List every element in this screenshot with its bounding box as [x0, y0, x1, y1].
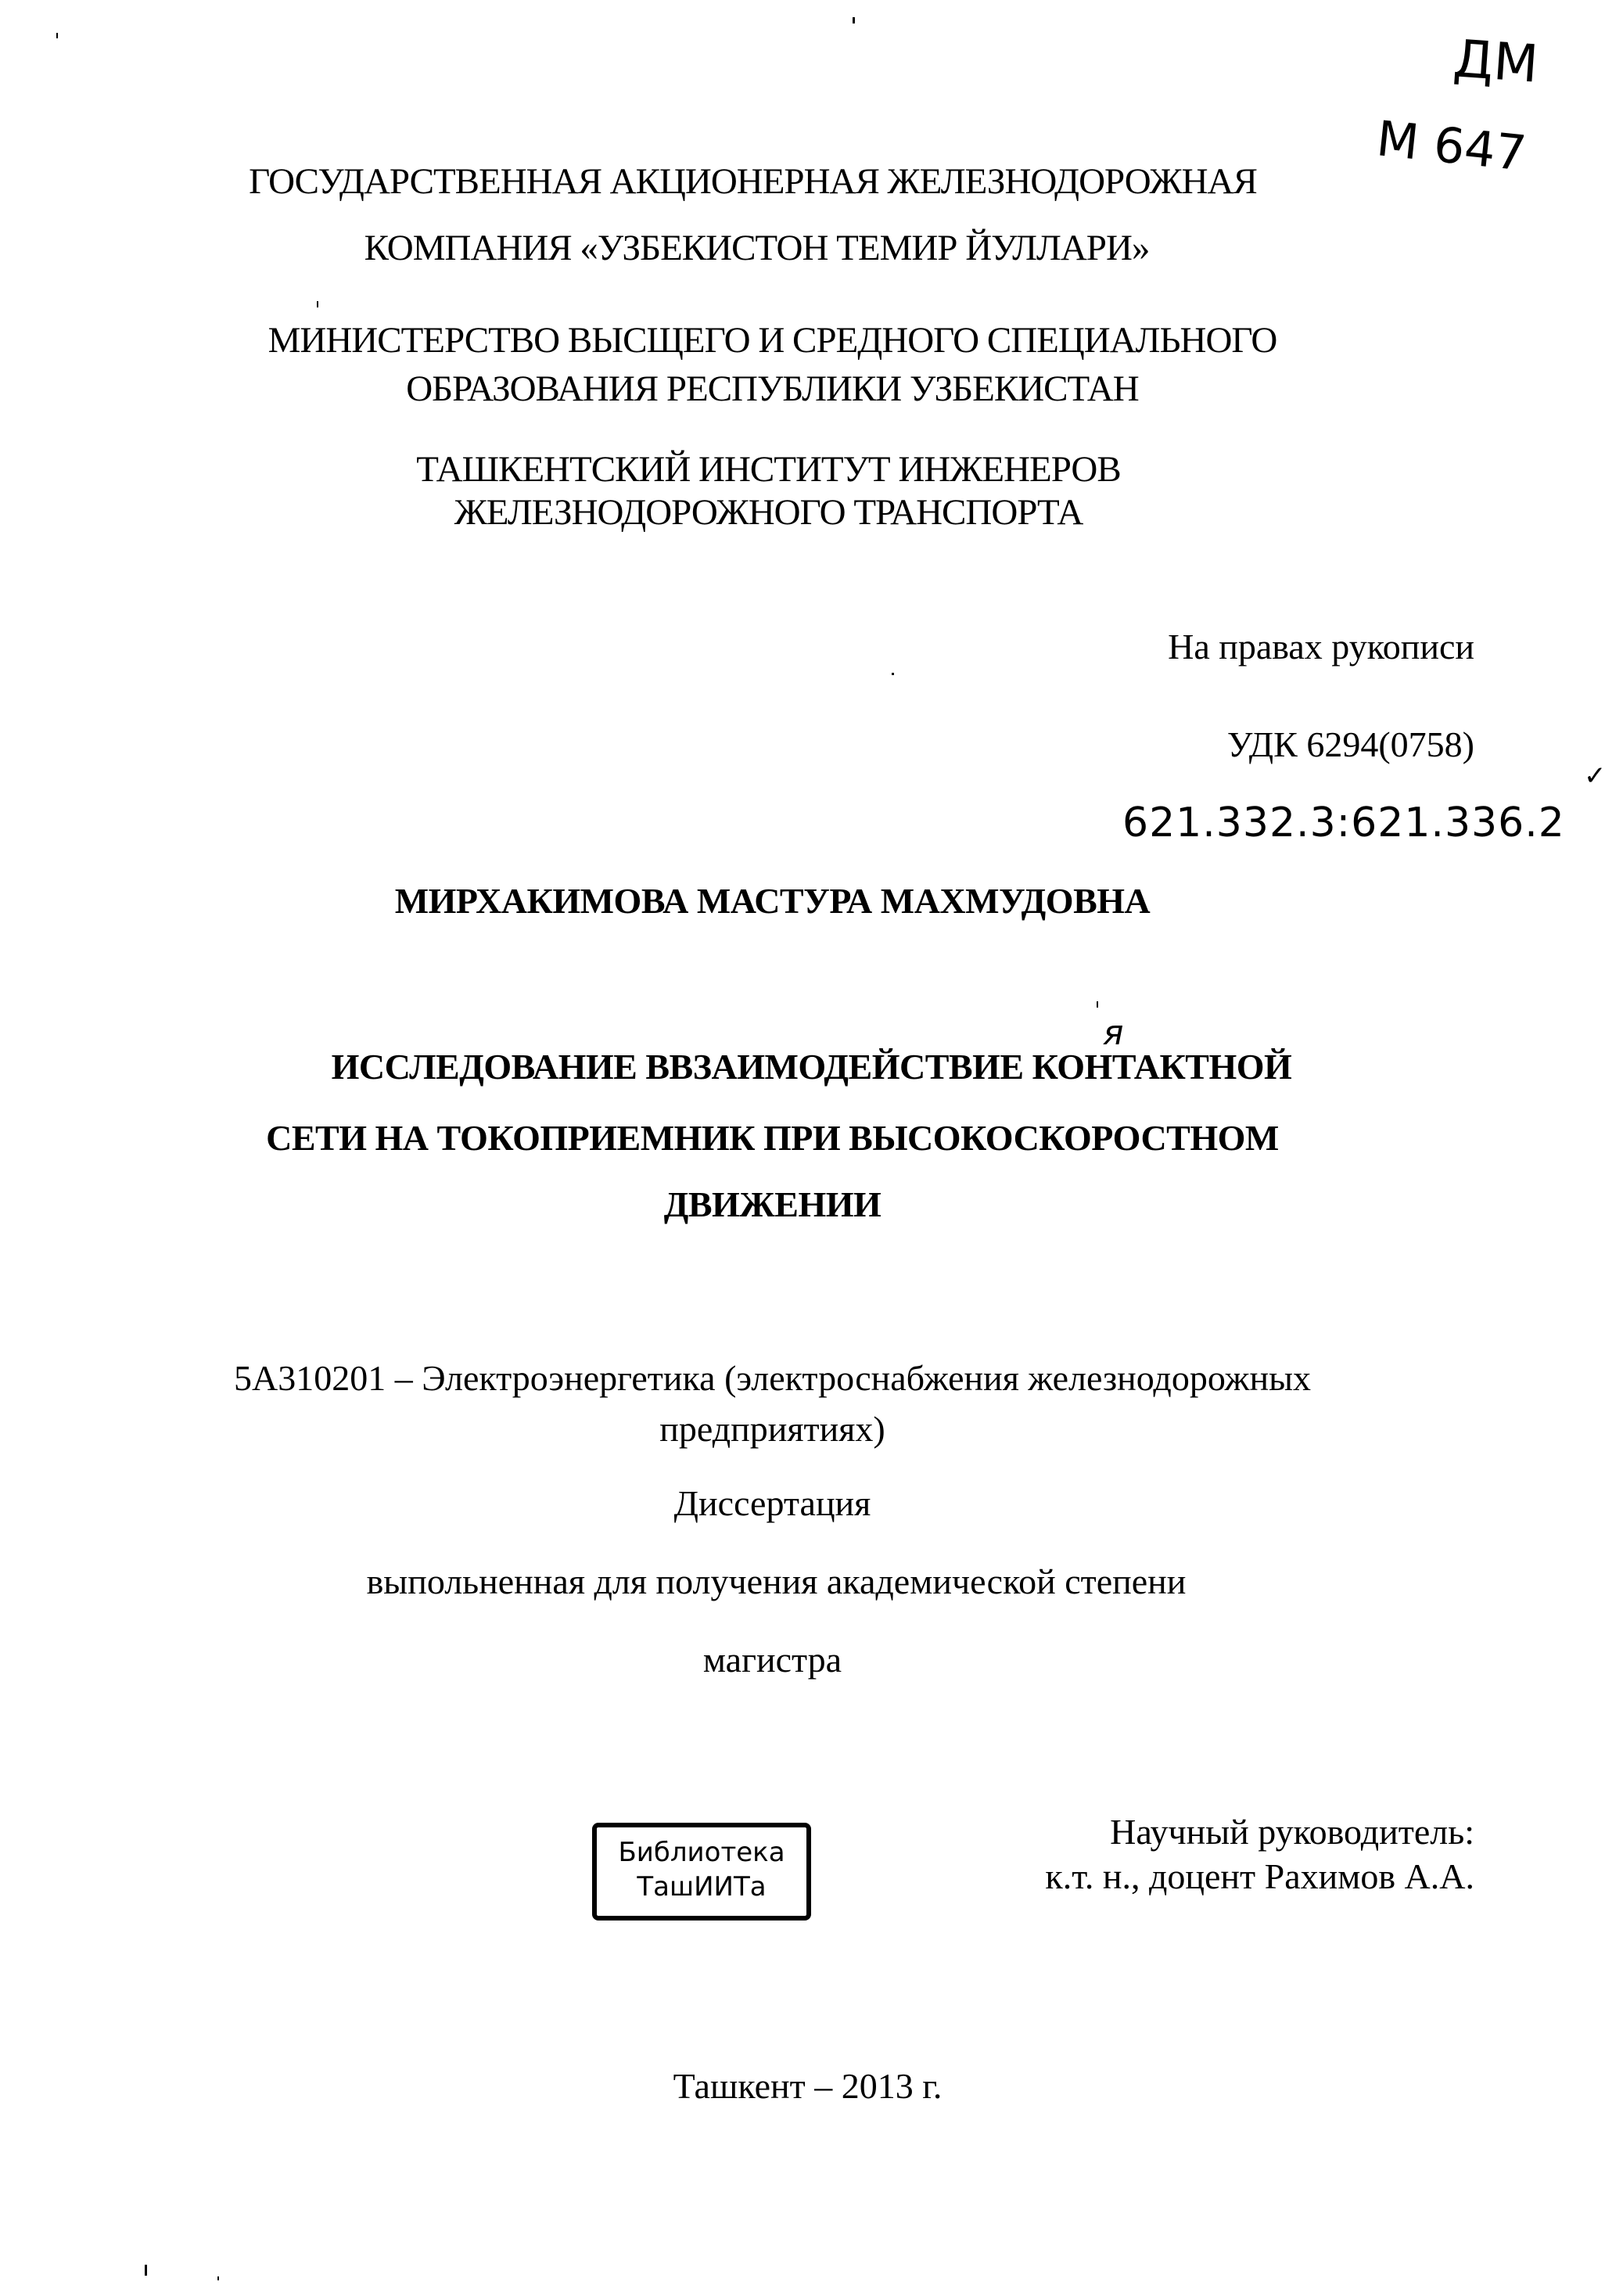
- scan-speck: [853, 17, 855, 23]
- degree-purpose: выпольненная для получения академической…: [0, 1561, 1588, 1602]
- company-line-2: КОМПАНИЯ «УЗБЕКИСТОН ТЕМИР ЙУЛЛАРИ»: [0, 227, 1568, 269]
- handwritten-shelf-mark-line1: ДМ: [1451, 28, 1540, 94]
- handwritten-udc-correction: 621.332.3:621.336.2: [1122, 799, 1565, 846]
- place-year: Ташкент – 2013 г.: [0, 2065, 1619, 2107]
- thesis-title-line-2: СЕТИ НА ТОКОПРИЕМНИК ПРИ ВЫСОКОСКОРОСТНО…: [0, 1117, 1584, 1159]
- supervisor-label: Научный руководитель:: [0, 1811, 1474, 1852]
- scan-speck: [1097, 1001, 1098, 1008]
- institute-line-1: ТАШКЕНТСКИЙ ИНСТИТУТ ИНЖЕНЕРОВ: [0, 448, 1580, 490]
- manuscript-note: На правах рукописи: [0, 626, 1474, 667]
- specialty-line-2: предприятиях): [0, 1408, 1584, 1450]
- supervisor-name: к.т. н., доцент Рахимов А.А.: [0, 1856, 1474, 1897]
- scan-speck: [892, 673, 894, 675]
- degree-type: Диссертация: [0, 1482, 1584, 1524]
- ministry-line-2: ОБРАЗОВАНИЯ РЕСПУБЛИКИ УЗБЕКИСТАН: [0, 368, 1584, 410]
- company-line-1: ГОСУДАРСТВЕННАЯ АКЦИОНЕРНАЯ ЖЕЛЕЗНОДОРОЖ…: [0, 160, 1564, 203]
- handwritten-check-mark: ✓: [1584, 760, 1607, 792]
- specialty-line-1: 5А310201 – Электроэнергетика (электросна…: [0, 1357, 1584, 1399]
- thesis-title-line-3: ДВИЖЕНИИ: [0, 1184, 1584, 1225]
- author-name: МИРХАКИМОВА МАСТУРА МАХМУДОВНА: [0, 880, 1584, 922]
- ministry-line-1: МИНИСТЕРСТВО ВЫСЩЕГО И СРЕДНОГО СПЕЦИАЛЬ…: [0, 319, 1584, 361]
- scan-speck: [217, 2276, 219, 2280]
- scan-speck: [56, 33, 58, 38]
- degree-level: магистра: [0, 1639, 1584, 1680]
- thesis-title-line-1: ИССЛЕДОВАНИЕ ВВЗАИМОДЕЙСТВИЕ КОНТАКТНОЙ: [0, 1046, 1623, 1087]
- udc-code: УДК 6294(0758): [0, 724, 1474, 765]
- institute-line-2: ЖЕЛЕЗНОДОРОЖНОГО ТРАНСПОРТА: [0, 491, 1580, 534]
- scan-speck: [145, 2265, 147, 2276]
- scan-speck: [317, 301, 318, 307]
